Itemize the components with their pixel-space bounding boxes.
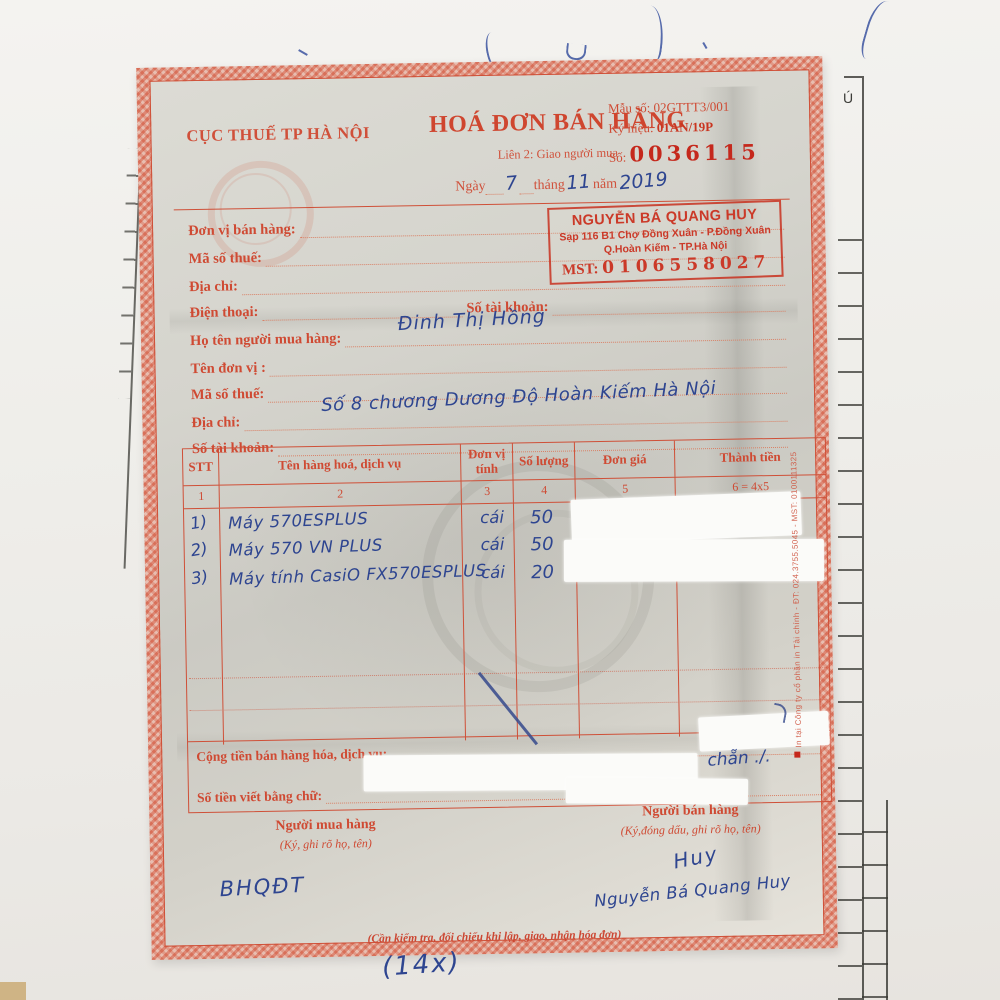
pen-scribble [565,43,587,61]
pen-scribble [858,0,902,65]
printer-logo-icon [794,752,800,758]
invoice-paper: CỤC THUẾ TP HÀ NỘI HOÁ ĐƠN BÁN HÀNG Liên… [149,69,824,946]
handwritten-year: 2019 [618,168,668,194]
invoice-content: CỤC THUẾ TP HÀ NỘI HOÁ ĐƠN BÁN HÀNG Liên… [166,86,808,931]
right-background-page: Ú [838,58,1000,1000]
handwritten-month: 11 [566,170,592,194]
month-word: tháng [534,178,565,195]
issuer-name: CỤC THUẾ TP HÀ NỘI [186,123,370,146]
invoice-meta: Mẫu số: 02GTTT3/001 Ký hiệu: 01AN/19P Số… [608,96,789,172]
seller-stamp-box: NGUYỄN BÁ QUANG HUY Sạp 116 B1 Chợ Đồng … [547,200,784,285]
invoice-number: 0036115 [629,139,760,166]
photo-of-invoice: { "backdrop": { "right_page_letter": "Ú"… [0,0,1000,1000]
whiteout-patch [698,711,830,752]
pen-scribble [702,39,712,49]
right-page-tick-marks [838,208,862,1000]
year-word: năm [593,177,617,193]
whiteout-patch [570,491,802,544]
date-line: Ngày 7 tháng 11 năm 2019 [397,169,727,197]
right-page-corner-line [844,76,864,78]
date-word: Ngày [455,179,486,196]
handwritten-day: 7 [505,172,519,195]
handwritten-buyer-signature: BHQĐT [219,873,306,901]
pen-scribble [638,5,667,62]
pen-scribble [298,42,312,56]
whiteout-patch [566,777,748,805]
seller-signature-block: Người bán hàng (Ký,đóng dấu, ghi rõ họ, … [556,801,825,840]
whiteout-patch [564,539,824,582]
invoice-sheet: CỤC THUẾ TP HÀ NỘI HOÁ ĐƠN BÁN HÀNG Liên… [136,56,837,960]
buyer-signature-block: Người mua hàng (Ký, ghi rõ họ, tên) [200,816,451,854]
right-page-cell-boxes [862,800,888,1000]
number-line: Số: 0036115 [609,136,790,172]
right-page-letter: Ú [843,90,853,106]
desk-surface-corner [0,982,26,1000]
handwritten-corner-note: (14x) [381,947,462,982]
